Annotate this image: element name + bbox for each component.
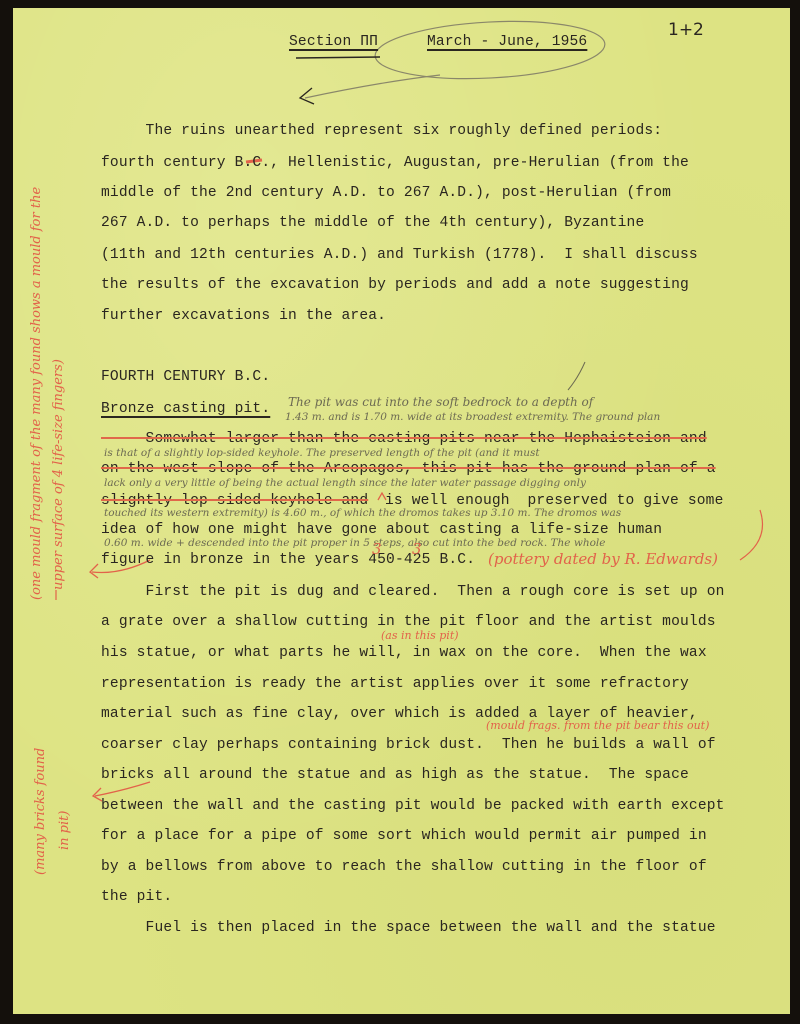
- text-line: representation is ready the artist appli…: [101, 677, 689, 692]
- text-line: the pit.: [101, 890, 172, 905]
- subheading: Bronze casting pit.: [101, 402, 270, 417]
- as-in-this-pit-note: (as in this pit): [381, 630, 459, 641]
- margin-note-bricks-1: (many bricks found: [34, 748, 47, 875]
- pencil-insertion: 1.43 m. and is 1.70 m. wide at its broad…: [285, 412, 660, 423]
- text-line: coarser clay perhaps containing brick du…: [101, 738, 716, 753]
- text-line: idea of how one might have gone about ca…: [101, 523, 662, 538]
- pencil-insertion: 0.60 m. wide + descended into the pit pr…: [104, 538, 606, 549]
- struck-line: on the west slope of the Areopagos, this…: [101, 462, 716, 477]
- text-line: middle of the 2nd century A.D. to 267 A.…: [101, 186, 671, 201]
- text-line: further excavations in the area.: [101, 309, 386, 324]
- text-line: for a place for a pipe of some sort whic…: [101, 829, 707, 844]
- pencil-insertion: lack only a very little of being the act…: [104, 478, 586, 489]
- struck-line: Somewhat larger than the casting pits ne…: [101, 432, 707, 447]
- text-line: fourth century B.C., Hellenistic, August…: [101, 156, 689, 171]
- text-line: bricks all around the statue and as high…: [101, 768, 689, 783]
- text-line: the results of the excavation by periods…: [101, 278, 689, 293]
- pencil-insertion: The pit was cut into the soft bedrock to…: [288, 396, 593, 408]
- margin-note-bricks-2: in pit): [58, 811, 71, 850]
- page-number: 1+2: [668, 20, 704, 40]
- pencil-insertion: touched its western extremity) is 4.60 m…: [104, 508, 621, 519]
- margin-note-fingers-1: (one mould fragment of the many found sh…: [30, 187, 43, 600]
- pottery-note: (pottery dated by R. Edwards): [488, 552, 718, 567]
- text-line: The ruins unearthed represent six roughl…: [101, 124, 662, 139]
- text-line: 267 A.D. to perhaps the middle of the 4t…: [101, 216, 644, 231]
- text-line: a grate over a shallow cutting in the pi…: [101, 615, 716, 630]
- date-range: March - June, 1956: [427, 35, 587, 50]
- section-heading: FOURTH CENTURY B.C.: [101, 370, 270, 385]
- section-label: Section ПП: [289, 35, 378, 50]
- text-line: material such as fine clay, over which i…: [101, 707, 698, 722]
- text-line: is well enough preserved to give some: [385, 494, 724, 509]
- margin-note-fingers-2: upper surface of 4 life-size fingers): [52, 359, 65, 590]
- text-line: First the pit is dug and cleared. Then a…: [101, 585, 725, 600]
- struck-line: slightly lop-sided keyhole and: [101, 494, 368, 509]
- text-line: between the wall and the casting pit wou…: [101, 799, 725, 814]
- text-line: (11th and 12th centuries A.D.) and Turki…: [101, 248, 698, 263]
- text-line: Fuel is then placed in the space between…: [101, 921, 716, 936]
- text-line: by a bellows from above to reach the sha…: [101, 860, 707, 875]
- date-correction: 3: [372, 542, 382, 557]
- date-correction: 3: [412, 542, 422, 557]
- text-line: his statue, or what parts he will, in wa…: [101, 646, 707, 661]
- pencil-insertion: is that of a slightly lop-sided keyhole.…: [104, 448, 540, 459]
